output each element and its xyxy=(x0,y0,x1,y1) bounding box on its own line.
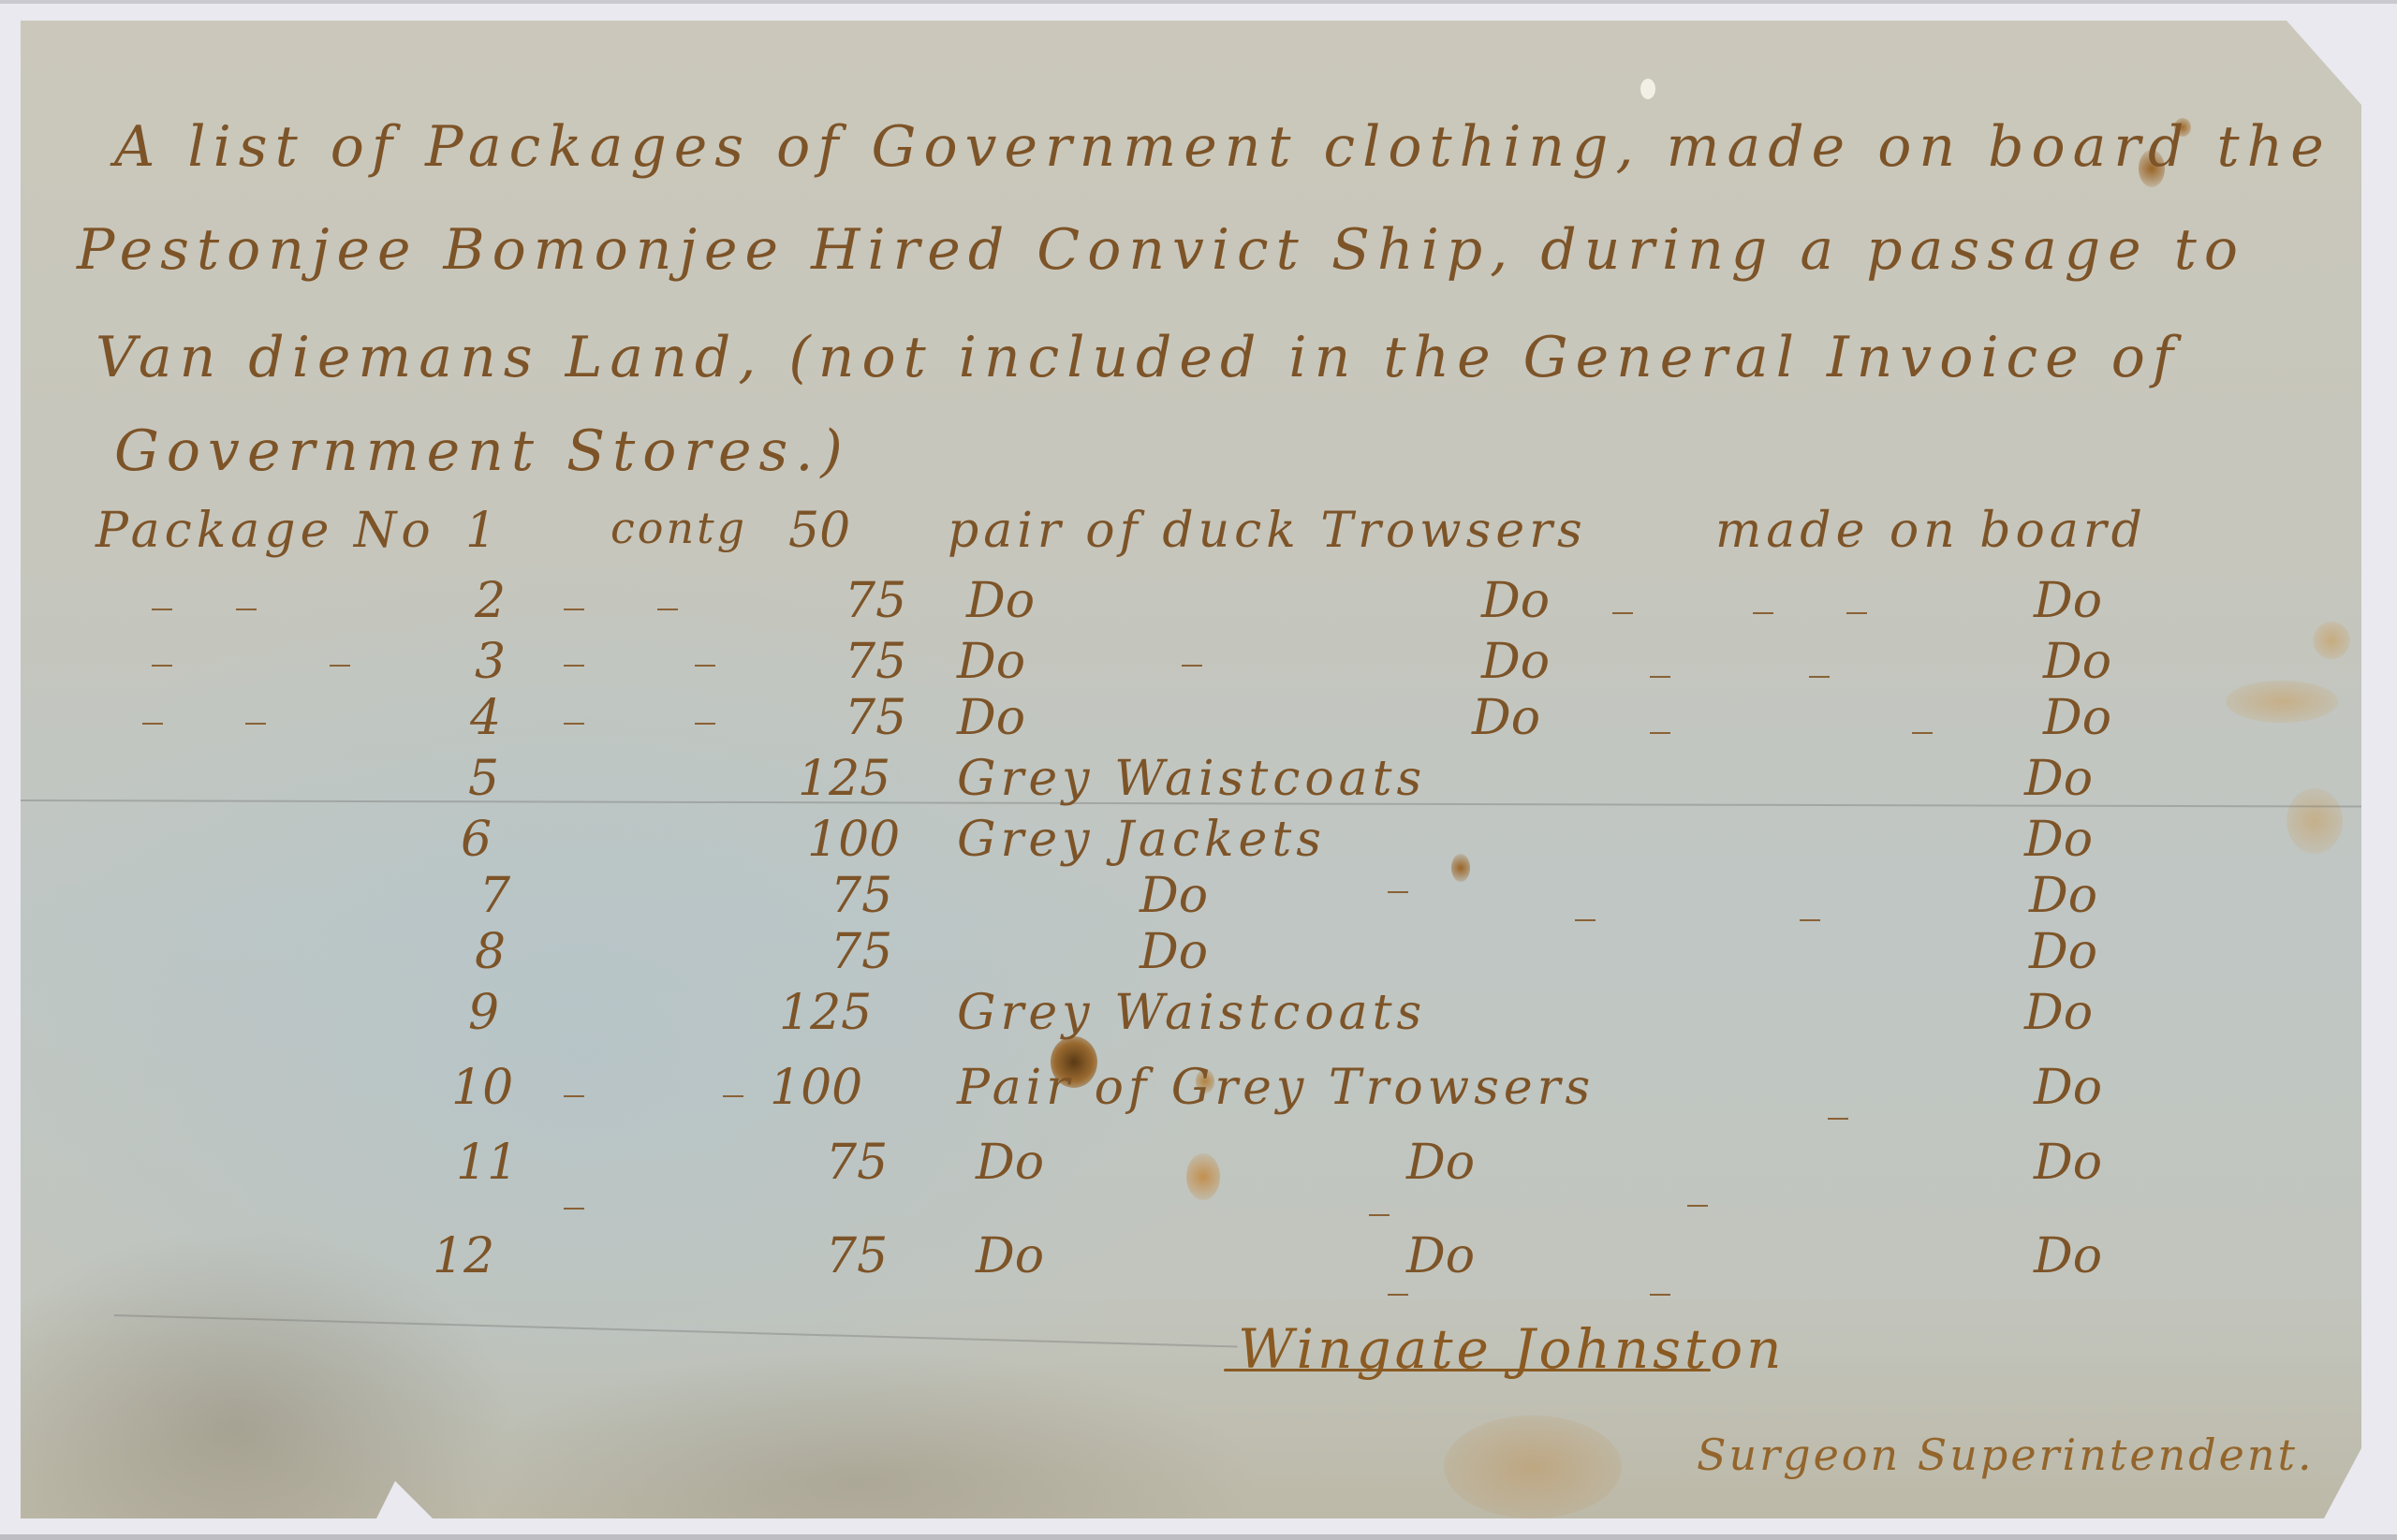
title-line-4: Government Stores.) xyxy=(114,418,850,484)
package-where: Do xyxy=(2034,1060,2102,1116)
scan-bottom-edge xyxy=(0,1534,2397,1540)
leader-dash xyxy=(1800,919,1820,921)
leader-dash xyxy=(1575,919,1596,921)
leader-dash xyxy=(564,665,584,667)
leader-dash xyxy=(1182,665,1202,667)
water-stain xyxy=(1444,1415,1622,1518)
fold-crease xyxy=(114,1314,1238,1348)
leader-dash xyxy=(1650,732,1670,734)
signature-flourish xyxy=(1224,1369,1711,1371)
package-number: 2 xyxy=(475,573,506,629)
leader-dash xyxy=(1809,676,1830,678)
leader-dash xyxy=(236,609,257,610)
package-where: Do xyxy=(2034,1228,2102,1284)
manuscript-page: A list of Packages of Government clothin… xyxy=(21,21,2361,1518)
package-item: Do xyxy=(957,634,1025,690)
signature-title: Surgeon Superintendent. xyxy=(1697,1430,2315,1480)
leader-dash xyxy=(142,723,163,725)
package-item-mid: Do xyxy=(1481,634,1550,690)
title-line-1: A list of Packages of Government clothin… xyxy=(114,114,2331,180)
package-item: Do xyxy=(1140,924,1208,980)
package-item: pair of duck Trowsers xyxy=(948,503,1587,559)
package-quantity: 100 xyxy=(770,1060,862,1116)
scan-top-edge xyxy=(0,0,2397,4)
package-item: Grey Waistcoats xyxy=(957,985,1426,1041)
package-item: Do xyxy=(976,1228,1044,1284)
package-label: Package No xyxy=(96,503,435,559)
package-where: Do xyxy=(2024,812,2093,868)
leader-dash xyxy=(1388,891,1408,893)
package-number: 1 xyxy=(465,503,496,559)
package-where: Do xyxy=(2029,924,2097,980)
leader-dash xyxy=(152,665,172,667)
leader-dash xyxy=(245,723,266,725)
leader-dash xyxy=(1369,1214,1390,1216)
package-where: Do xyxy=(2024,751,2093,807)
leader-dash xyxy=(1846,612,1867,614)
package-where: Do xyxy=(2043,634,2111,690)
package-where: Do xyxy=(2024,985,2093,1041)
leader-dash xyxy=(1388,1294,1408,1296)
package-quantity: 75 xyxy=(845,634,906,690)
package-item: Do xyxy=(966,573,1035,629)
package-row: 3 75 Do Do Do xyxy=(21,634,2361,690)
package-row: 6 100 Grey Jackets Do xyxy=(21,812,2361,868)
leader-dash xyxy=(695,665,715,667)
package-number: 11 xyxy=(456,1135,518,1191)
package-item-mid: Do xyxy=(1406,1228,1475,1284)
contents-abbrev: contg xyxy=(610,503,747,553)
package-item: Grey Jackets xyxy=(957,812,1326,868)
leader-dash xyxy=(564,609,584,610)
package-number: 9 xyxy=(468,985,499,1041)
package-quantity: 75 xyxy=(845,573,906,629)
leader-dash xyxy=(564,1208,584,1210)
leader-dash xyxy=(1687,1205,1708,1207)
leader-dash xyxy=(564,723,584,725)
package-number: 4 xyxy=(470,690,501,746)
leader-dash xyxy=(330,665,350,667)
leader-dash xyxy=(1650,1294,1670,1296)
title-line-3: Van diemans Land, (not included in the G… xyxy=(96,325,2181,390)
package-where: Do xyxy=(2034,1135,2102,1191)
package-item-mid: Do xyxy=(1481,573,1550,629)
package-quantity: 50 xyxy=(788,503,850,559)
package-number: 10 xyxy=(451,1060,513,1116)
leader-dash xyxy=(1828,1118,1848,1120)
package-item: Do xyxy=(1140,868,1208,924)
package-where: Do xyxy=(2043,690,2111,746)
package-where: made on board xyxy=(1715,503,2147,559)
title-line-2: Pestonjee Bomonjee Hired Convict Ship, d… xyxy=(77,217,2245,283)
scan-background: A list of Packages of Government clothin… xyxy=(0,0,2397,1540)
package-number: 5 xyxy=(468,751,499,807)
package-number: 12 xyxy=(433,1228,494,1284)
leader-dash xyxy=(1912,732,1933,734)
package-item-mid: Do xyxy=(1406,1135,1475,1191)
pinhole xyxy=(1640,79,1655,99)
package-where: Do xyxy=(2034,573,2102,629)
package-item: Do xyxy=(976,1135,1044,1191)
package-item: Pair of Grey Trowsers xyxy=(957,1060,1595,1116)
package-row: 4 75 Do Do Do xyxy=(21,690,2361,746)
package-row: 5 125 Grey Waistcoats Do xyxy=(21,751,2361,807)
package-quantity: 125 xyxy=(779,985,872,1041)
leader-dash xyxy=(1753,612,1773,614)
package-quantity: 100 xyxy=(807,812,900,868)
leader-dash xyxy=(1650,676,1670,678)
package-quantity: 75 xyxy=(826,1135,888,1191)
package-row: 8 75 Do Do xyxy=(21,924,2361,980)
package-row: Package No 1 contg 50 pair of duck Trows… xyxy=(21,503,2361,559)
package-quantity: 125 xyxy=(798,751,890,807)
package-row: 7 75 Do Do xyxy=(21,868,2361,924)
package-quantity: 75 xyxy=(826,1228,888,1284)
package-row: 12 75 Do Do Do xyxy=(21,1228,2361,1284)
package-number: 8 xyxy=(475,924,506,980)
package-number: 3 xyxy=(475,634,506,690)
package-item: Do xyxy=(957,690,1025,746)
package-row: 10 100 Pair of Grey Trowsers Do xyxy=(21,1060,2361,1116)
leader-dash xyxy=(1612,612,1633,614)
leader-dash xyxy=(723,1095,743,1097)
package-quantity: 75 xyxy=(831,868,892,924)
package-number: 7 xyxy=(479,868,510,924)
package-quantity: 75 xyxy=(831,924,892,980)
package-item-mid: Do xyxy=(1472,690,1540,746)
package-where: Do xyxy=(2029,868,2097,924)
leader-dash xyxy=(657,609,678,610)
package-quantity: 75 xyxy=(845,690,906,746)
package-number: 6 xyxy=(461,812,492,868)
package-row: 2 75 Do Do Do xyxy=(21,573,2361,629)
package-row: 9 125 Grey Waistcoats Do xyxy=(21,985,2361,1041)
leader-dash xyxy=(695,723,715,725)
leader-dash xyxy=(564,1095,584,1097)
package-item: Grey Waistcoats xyxy=(957,751,1426,807)
leader-dash xyxy=(152,609,172,610)
package-row: 11 75 Do Do Do xyxy=(21,1135,2361,1191)
